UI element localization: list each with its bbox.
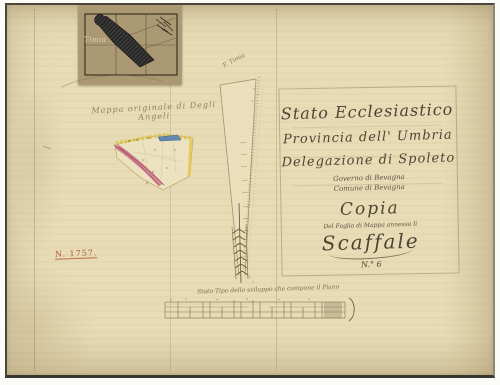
title-block: Stato Ecclesiastico Provincia dell' Umbr…: [278, 85, 459, 276]
annotation-line: Mappa originale di Degli Angeli: [79, 99, 230, 125]
title-line-province: Provincia dell' Umbria: [280, 128, 456, 148]
pencil-curve: [57, 67, 167, 92]
paper-stain: [7, 265, 97, 375]
fold-crease: [34, 9, 35, 371]
bottom-table-graphic: [159, 286, 364, 336]
title-line-state: Stato Ecclesiastico: [279, 100, 455, 124]
archive-number: N.° 6: [283, 258, 459, 272]
paper-stain: [17, 95, 67, 255]
paper-stain: [7, 335, 493, 375]
paper-sheet: Timia Mappa originale di Degli Angeli: [5, 3, 495, 378]
bottom-table: Stato Tipo dello sviluppo che compone il…: [159, 286, 364, 336]
pencil-mark: [43, 146, 51, 150]
copia-label: Copia: [282, 197, 458, 222]
scanned-document: Timia Mappa originale di Degli Angeli: [0, 0, 500, 385]
parcel-map-graphic: [103, 128, 203, 200]
red-stamp: N. 1757.: [55, 248, 98, 259]
title-line-delegation: Delegazione di Spoleto: [280, 151, 456, 171]
inset-map-label: Timia: [84, 36, 106, 44]
